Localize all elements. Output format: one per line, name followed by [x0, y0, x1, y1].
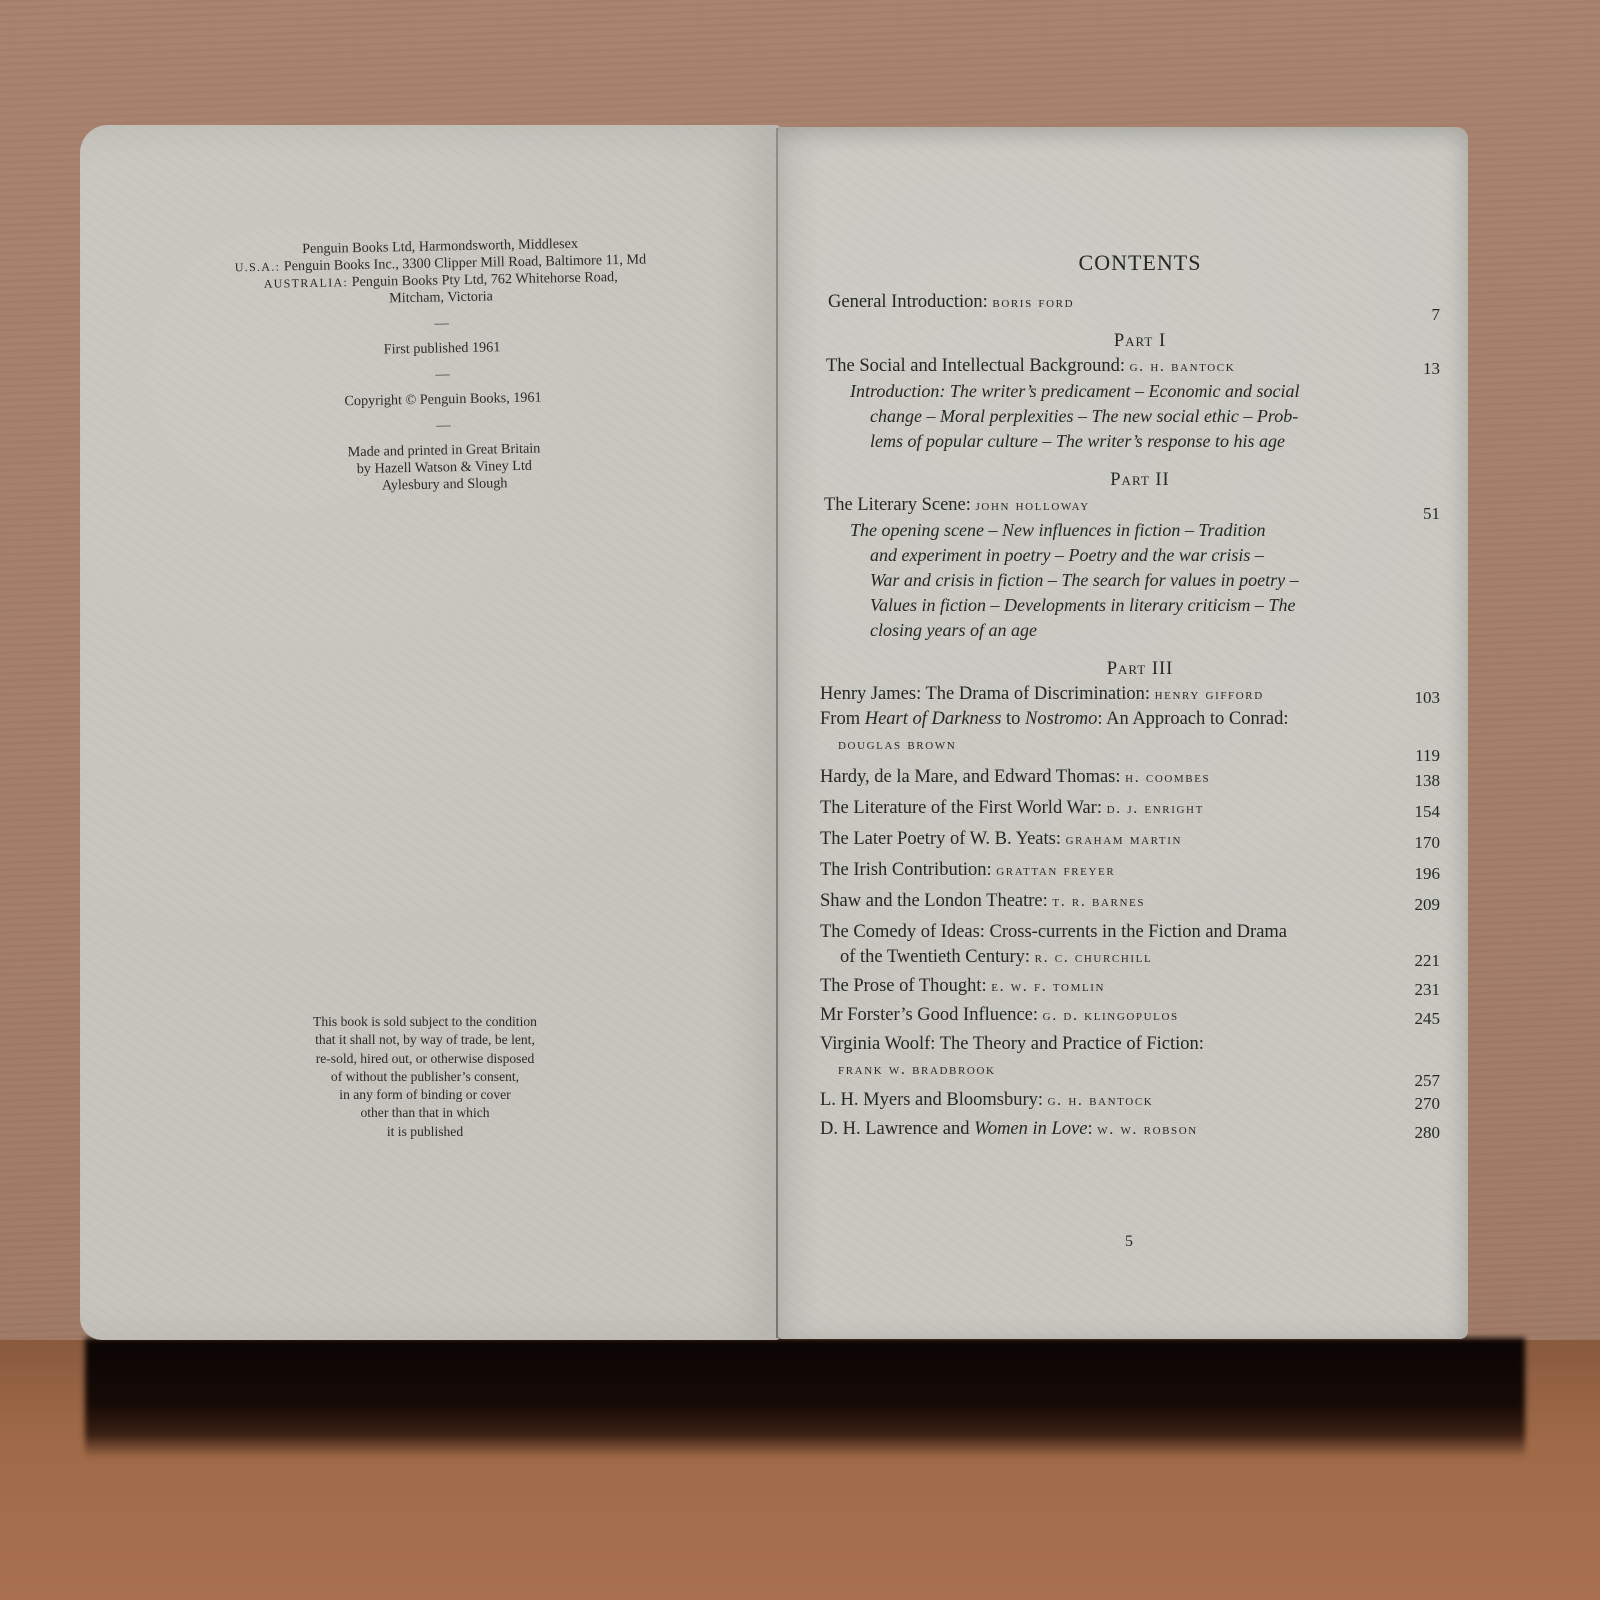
- page-number: 209: [1380, 892, 1440, 917]
- page-number: 231: [1380, 977, 1440, 1002]
- part-heading: Part III: [840, 659, 1440, 680]
- page-number: 13: [1380, 356, 1440, 381]
- book-shadow: [85, 1338, 1525, 1458]
- table-of-contents: CONTENTS General Introduction: Boris For…: [830, 250, 1440, 1142]
- sale-condition-notice: This book is sold subject to the conditi…: [255, 1013, 595, 1141]
- first-published: First published 1961: [152, 335, 732, 363]
- toc-entry: The Literature of the First World War: D…: [820, 796, 1440, 821]
- toc-entry: L. H. Myers and Bloomsbury: G. H. Bantoc…: [820, 1088, 1440, 1113]
- toc-entry: D. H. Lawrence and Women in Love: W. W. …: [820, 1117, 1440, 1142]
- chapter-summary: Introduction: The writer’s predicament –…: [830, 379, 1440, 454]
- toc-entry: The Comedy of Ideas: Cross-currents in t…: [820, 920, 1440, 970]
- toc-entry: The Social and Intellectual Background: …: [826, 354, 1440, 379]
- publisher-imprint: Penguin Books Ltd, Harmondsworth, Middle…: [150, 233, 735, 499]
- toc-entry: Shaw and the London Theatre: T. R. Barne…: [820, 889, 1440, 914]
- toc-entry: Hardy, de la Mare, and Edward Thomas: H.…: [820, 765, 1440, 790]
- page-number: 51: [1380, 501, 1440, 526]
- separator: —: [153, 412, 733, 440]
- toc-entry: Virginia Woolf: The Theory and Practice …: [820, 1032, 1440, 1082]
- part-heading: Part I: [840, 331, 1440, 352]
- page-number: 154: [1380, 799, 1440, 824]
- toc-entry: The Prose of Thought: E. W. F. Tomlin 23…: [820, 974, 1440, 999]
- page-number: 221: [1380, 948, 1440, 973]
- page-number: 170: [1380, 830, 1440, 855]
- chapter-summary: The opening scene – New influences in fi…: [830, 518, 1440, 643]
- page-number: 280: [1380, 1120, 1440, 1145]
- page-number: 196: [1380, 861, 1440, 886]
- page-number: 138: [1380, 768, 1440, 793]
- separator: —: [152, 361, 732, 389]
- page-number: 245: [1380, 1006, 1440, 1031]
- copyright-notice: Copyright © Penguin Books, 1961: [153, 386, 733, 414]
- toc-entry: The Literary Scene: John Holloway 51: [824, 493, 1440, 518]
- part-heading: Part II: [840, 470, 1440, 491]
- toc-entry: The Later Poetry of W. B. Yeats: Graham …: [820, 827, 1440, 852]
- contents-title: CONTENTS: [840, 250, 1440, 276]
- page-number: 270: [1380, 1091, 1440, 1116]
- toc-entry: The Irish Contribution: Grattan Freyer 1…: [820, 858, 1440, 883]
- separator: —: [151, 310, 731, 338]
- toc-entry: Henry James: The Drama of Discrimination…: [820, 682, 1440, 707]
- toc-entry: Mr Forster’s Good Influence: G. D. Kling…: [820, 1003, 1440, 1028]
- toc-entry: From Heart of Darkness to Nostromo: An A…: [820, 707, 1440, 757]
- page-folio: 5: [1125, 1233, 1133, 1251]
- toc-entry: General Introduction: Boris Ford 7: [828, 290, 1440, 315]
- page-number: 7: [1380, 302, 1440, 327]
